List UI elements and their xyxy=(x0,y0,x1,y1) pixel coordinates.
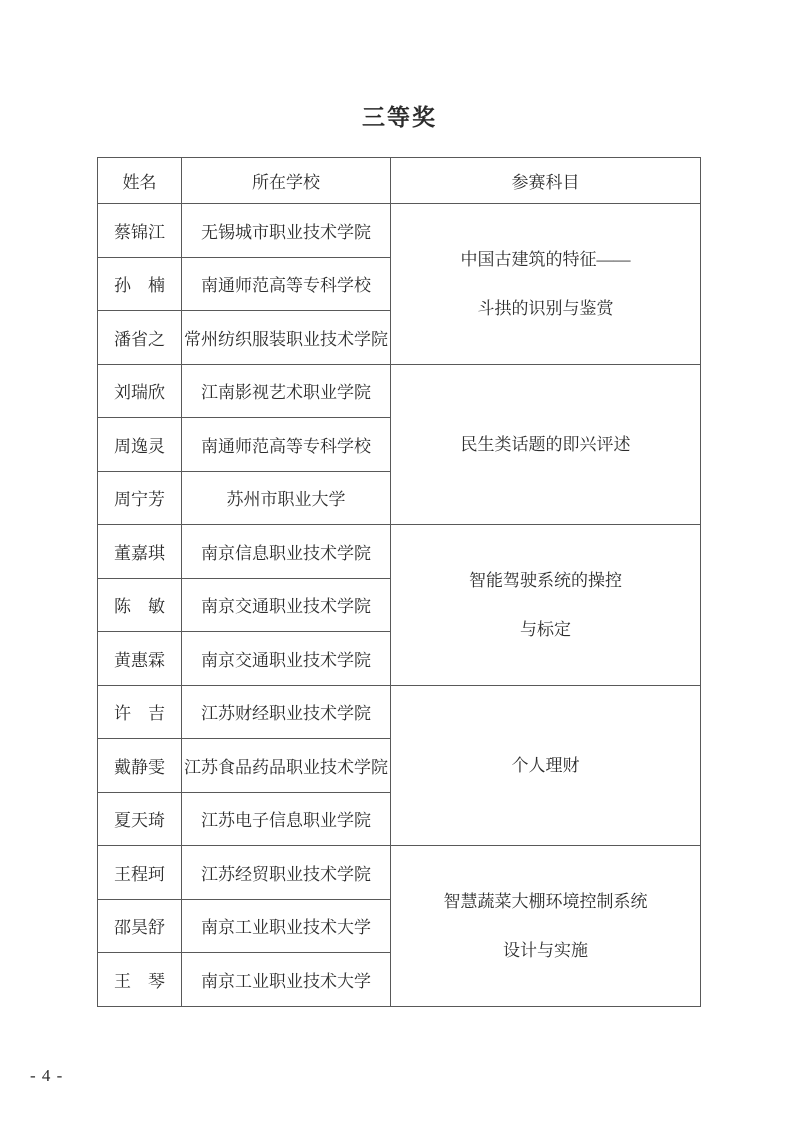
table-row: 王程珂江苏经贸职业技术学院智慧蔬菜大棚环境控制系统设计与实施 xyxy=(98,846,701,900)
school-cell: 南京工业职业技术大学 xyxy=(182,953,391,1007)
table-row: 刘瑞欣江南影视艺术职业学院民生类话题的即兴评述 xyxy=(98,364,701,418)
subject-cell: 个人理财 xyxy=(391,685,701,846)
col-header-name: 姓名 xyxy=(98,158,182,204)
name-cell: 王 琴 xyxy=(98,953,182,1007)
table-row: 董嘉琪南京信息职业技术学院智能驾驶系统的操控与标定 xyxy=(98,525,701,579)
name-cell: 夏天琦 xyxy=(98,792,182,846)
subject-cell: 民生类话题的即兴评述 xyxy=(391,364,701,525)
school-cell: 苏州市职业大学 xyxy=(182,471,391,525)
col-header-subject: 参赛科目 xyxy=(391,158,701,204)
school-cell: 常州纺织服装职业技术学院 xyxy=(182,311,391,365)
subject-line: 设计与实施 xyxy=(391,926,700,975)
school-cell: 南通师范高等专科学校 xyxy=(182,257,391,311)
name-cell: 邵昊舒 xyxy=(98,899,182,953)
name-cell: 潘省之 xyxy=(98,311,182,365)
subject-line: 智慧蔬菜大棚环境控制系统 xyxy=(391,877,700,926)
awards-table: 姓名 所在学校 参赛科目 蔡锦江无锡城市职业技术学院中国古建筑的特征——斗拱的识… xyxy=(97,157,701,1007)
table-body: 蔡锦江无锡城市职业技术学院中国古建筑的特征——斗拱的识别与鉴赏孙 楠南通师范高等… xyxy=(98,204,701,1007)
name-cell: 孙 楠 xyxy=(98,257,182,311)
school-cell: 江苏经贸职业技术学院 xyxy=(182,846,391,900)
subject-line: 民生类话题的即兴评述 xyxy=(391,420,700,469)
table-row: 蔡锦江无锡城市职业技术学院中国古建筑的特征——斗拱的识别与鉴赏 xyxy=(98,204,701,258)
school-cell: 江苏食品药品职业技术学院 xyxy=(182,739,391,793)
school-cell: 南京交通职业技术学院 xyxy=(182,632,391,686)
name-cell: 王程珂 xyxy=(98,846,182,900)
school-cell: 江苏财经职业技术学院 xyxy=(182,685,391,739)
name-cell: 刘瑞欣 xyxy=(98,364,182,418)
name-cell: 周宁芳 xyxy=(98,471,182,525)
subject-line: 与标定 xyxy=(391,605,700,654)
name-cell: 蔡锦江 xyxy=(98,204,182,258)
subject-cell: 智能驾驶系统的操控与标定 xyxy=(391,525,701,686)
col-header-school: 所在学校 xyxy=(182,158,391,204)
name-cell: 戴静雯 xyxy=(98,739,182,793)
name-cell: 陈 敏 xyxy=(98,578,182,632)
name-cell: 许 吉 xyxy=(98,685,182,739)
school-cell: 南京交通职业技术学院 xyxy=(182,578,391,632)
school-cell: 南京工业职业技术大学 xyxy=(182,899,391,953)
subject-cell: 智慧蔬菜大棚环境控制系统设计与实施 xyxy=(391,846,701,1007)
subject-cell: 中国古建筑的特征——斗拱的识别与鉴赏 xyxy=(391,204,701,365)
page-title: 三等奖 xyxy=(0,99,799,132)
subject-line: 中国古建筑的特征—— xyxy=(391,235,700,284)
table-header-row: 姓名 所在学校 参赛科目 xyxy=(98,158,701,204)
school-cell: 江南影视艺术职业学院 xyxy=(182,364,391,418)
subject-line: 个人理财 xyxy=(391,741,700,790)
subject-line: 斗拱的识别与鉴赏 xyxy=(391,284,700,333)
school-cell: 南京信息职业技术学院 xyxy=(182,525,391,579)
subject-line: 智能驾驶系统的操控 xyxy=(391,556,700,605)
page-number: - 4 - xyxy=(30,1066,63,1086)
name-cell: 董嘉琪 xyxy=(98,525,182,579)
school-cell: 江苏电子信息职业学院 xyxy=(182,792,391,846)
name-cell: 周逸灵 xyxy=(98,418,182,472)
table-row: 许 吉江苏财经职业技术学院个人理财 xyxy=(98,685,701,739)
school-cell: 无锡城市职业技术学院 xyxy=(182,204,391,258)
name-cell: 黄惠霖 xyxy=(98,632,182,686)
school-cell: 南通师范高等专科学校 xyxy=(182,418,391,472)
